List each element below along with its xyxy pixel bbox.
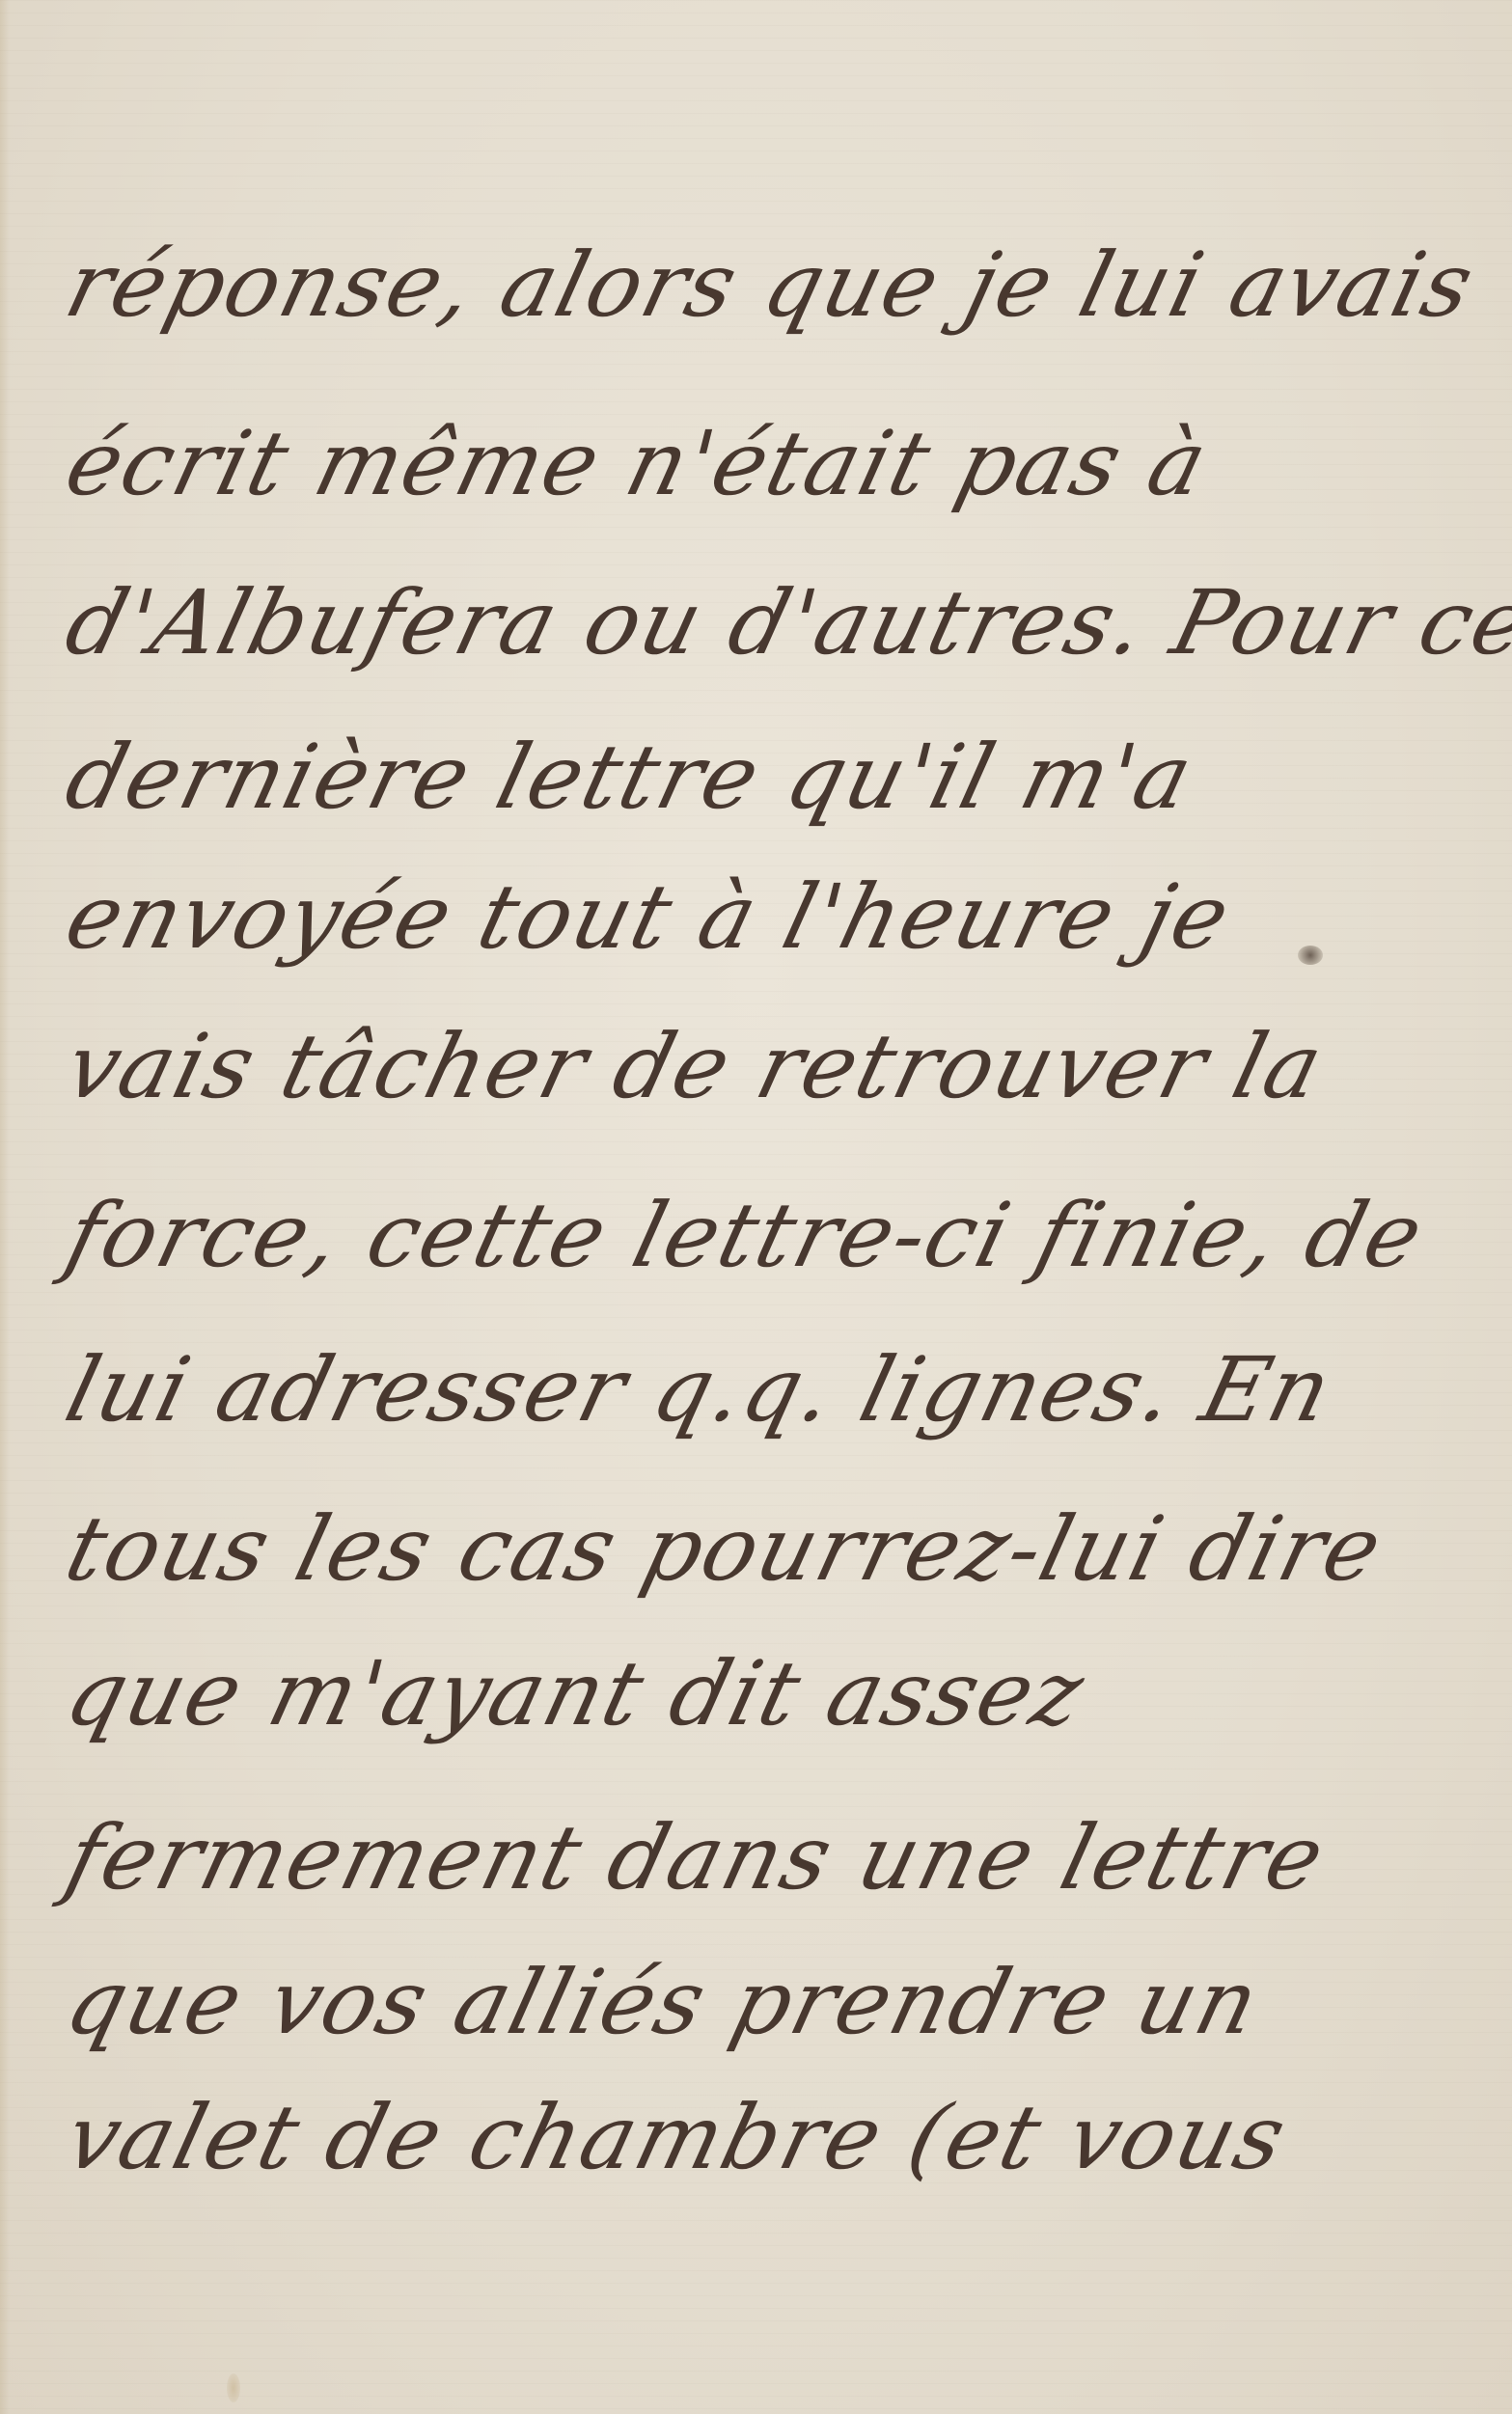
handwritten-line-1: réponse, alors que je lui avais (58, 241, 1483, 330)
paper-stain (227, 2373, 240, 2402)
handwritten-line-4: dernière lettre qu'il m'a (58, 733, 1201, 822)
ink-blot (1298, 946, 1323, 965)
handwritten-line-9: tous les cas pourrez-lui dire (58, 1505, 1391, 1594)
handwritten-line-10: que m'ayant dit assez (58, 1650, 1093, 1739)
handwritten-line-5: envoyée tout à l'heure je (58, 873, 1239, 962)
handwritten-line-8: lui adresser q.q. lignes. En (58, 1346, 1341, 1435)
handwritten-line-7: force, cette lettre-ci finie, de (58, 1192, 1432, 1280)
handwritten-line-6: vais tâcher de retrouver la (58, 1023, 1332, 1111)
handwritten-line-12: que vos alliés prendre un (58, 1959, 1268, 2047)
handwritten-line-3: d'Albufera ou d'autres. Pour cette (58, 579, 1512, 668)
handwritten-line-11: fermement dans une lettre (58, 1814, 1333, 1903)
handwritten-line-2: écrit même n'était pas à (58, 420, 1217, 508)
handwritten-line-13: valet de chambre (et vous (58, 2094, 1295, 2182)
manuscript-page: réponse, alors que je lui avais écrit mê… (0, 0, 1512, 2414)
